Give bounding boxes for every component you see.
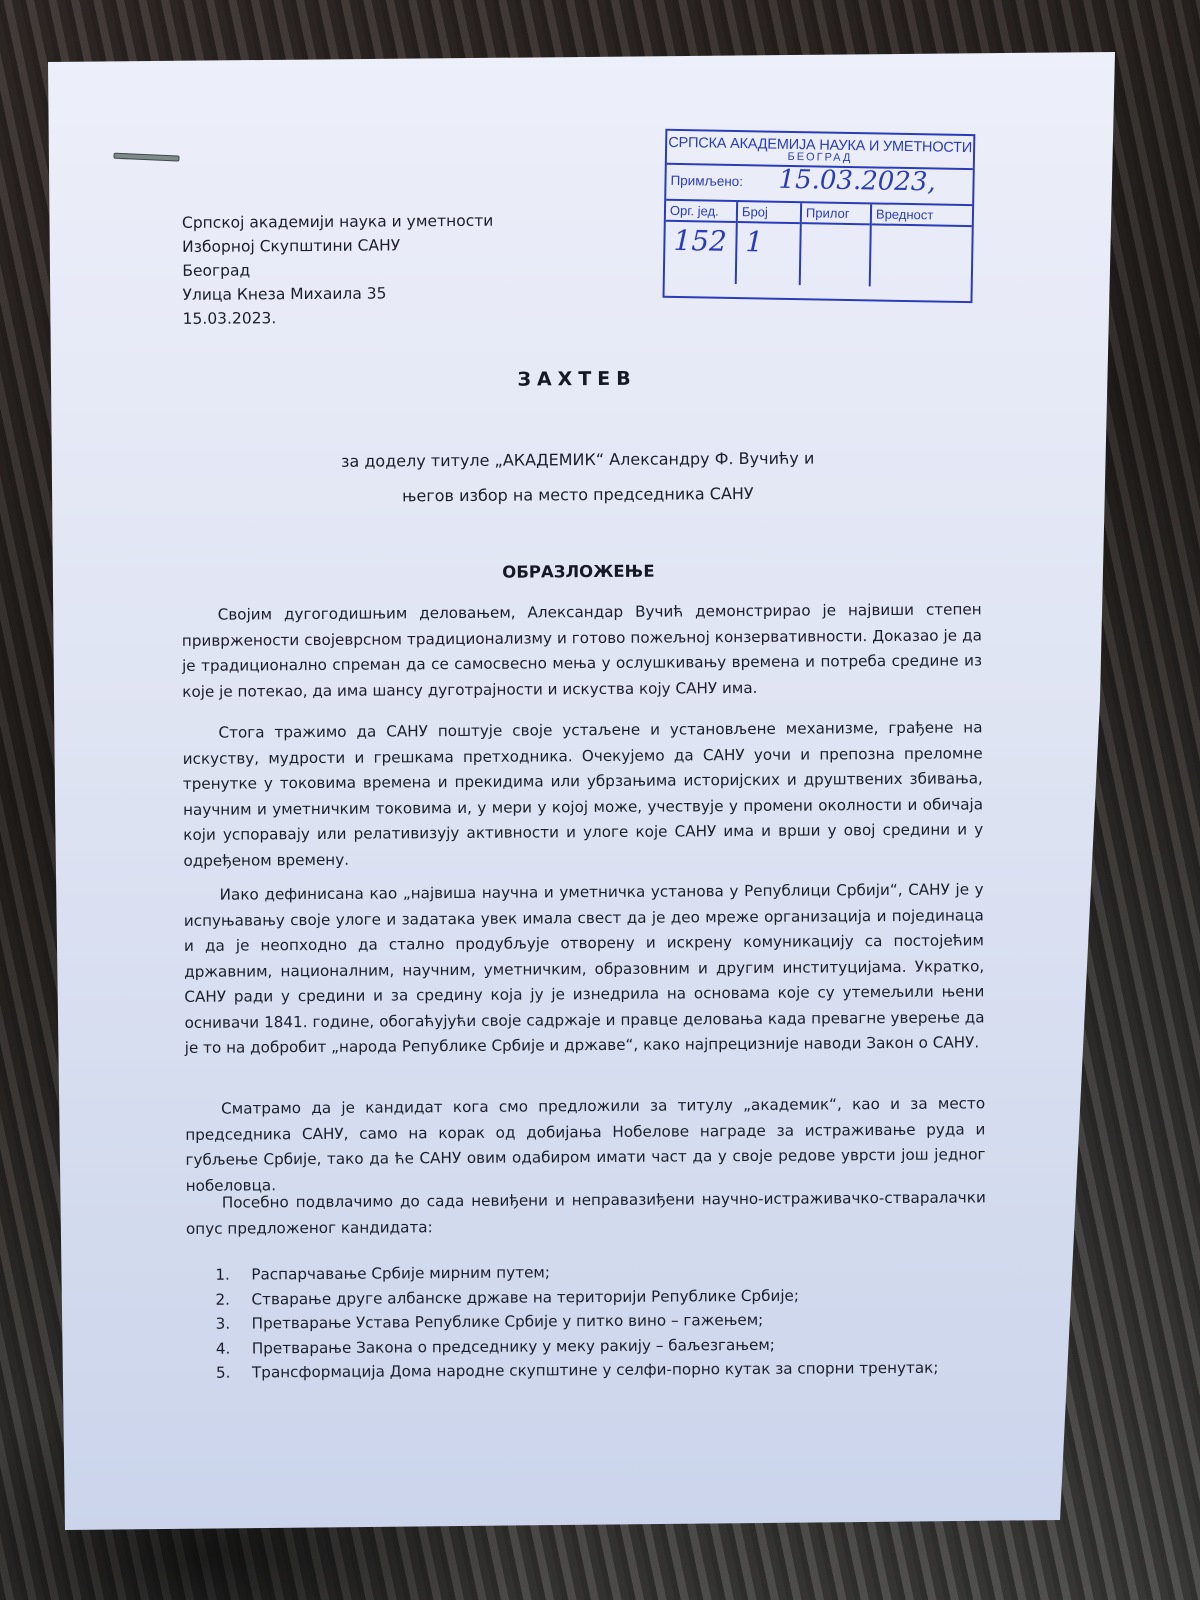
list-item: 5.Трансформација Дома народне скупштине … bbox=[216, 1356, 939, 1386]
document: Српској академији наука и уметности Избо… bbox=[0, 0, 1200, 1600]
stamp-received-date: 15.03.2023, bbox=[778, 165, 936, 198]
paragraph-2: Стога тражимо да САНУ поштује своје уста… bbox=[182, 715, 983, 874]
stamp-grid: Орг. јед. 152 Број 1 Прилог Вредност bbox=[665, 199, 972, 288]
document-subtitle-line1: за доделу титуле „АКАДЕМИК“ Александру Ф… bbox=[0, 446, 1158, 473]
addressee-line: Српској академији наука и уметности bbox=[182, 209, 494, 235]
addressee-line: Улица Кнеза Михаила 35 bbox=[182, 281, 494, 307]
document-subtitle-line2: његов избор на место председника САНУ bbox=[0, 481, 1158, 508]
stamp-cell-attachment: Прилог bbox=[801, 203, 872, 286]
stamp-cell-value: Вредност bbox=[871, 204, 972, 288]
addressee-line: Београд bbox=[182, 257, 494, 283]
stamp-received-label: Примљено: bbox=[670, 173, 743, 189]
paragraph-4: Сматрамо да је кандидат кога смо предлож… bbox=[185, 1091, 986, 1199]
registry-stamp: СРПСКА АКАДЕМИЈА НАУКА И УМЕТНОСТИ БЕОГР… bbox=[662, 129, 975, 303]
section-heading: ОБРАЗЛОЖЕЊЕ bbox=[0, 558, 1158, 585]
stamp-cell-number: Број 1 bbox=[737, 202, 802, 285]
paragraph-1: Својим дугогодишњим деловањем, Александа… bbox=[182, 597, 983, 705]
paragraph-5: Посебно подвлачимо до сада невиђени и не… bbox=[186, 1185, 986, 1242]
addressee-line: Изборној Скупштини САНУ bbox=[182, 233, 494, 259]
stamp-received-row: Примљено: 15.03.2023, bbox=[666, 163, 973, 204]
stamp-cell-org-unit: Орг. јед. 152 bbox=[665, 201, 738, 284]
paragraph-3: Иако дефинисана као „највиша научна и ум… bbox=[184, 877, 985, 1061]
document-title: ЗАХТЕВ bbox=[0, 364, 1157, 394]
staple-icon bbox=[113, 153, 179, 162]
document-date: 15.03.2023. bbox=[183, 305, 495, 331]
addressee-block: Српској академији наука и уметности Избо… bbox=[182, 209, 494, 331]
achievements-list: 1.Распарчавање Србије мирним путем; 2.Ст… bbox=[215, 1258, 938, 1386]
